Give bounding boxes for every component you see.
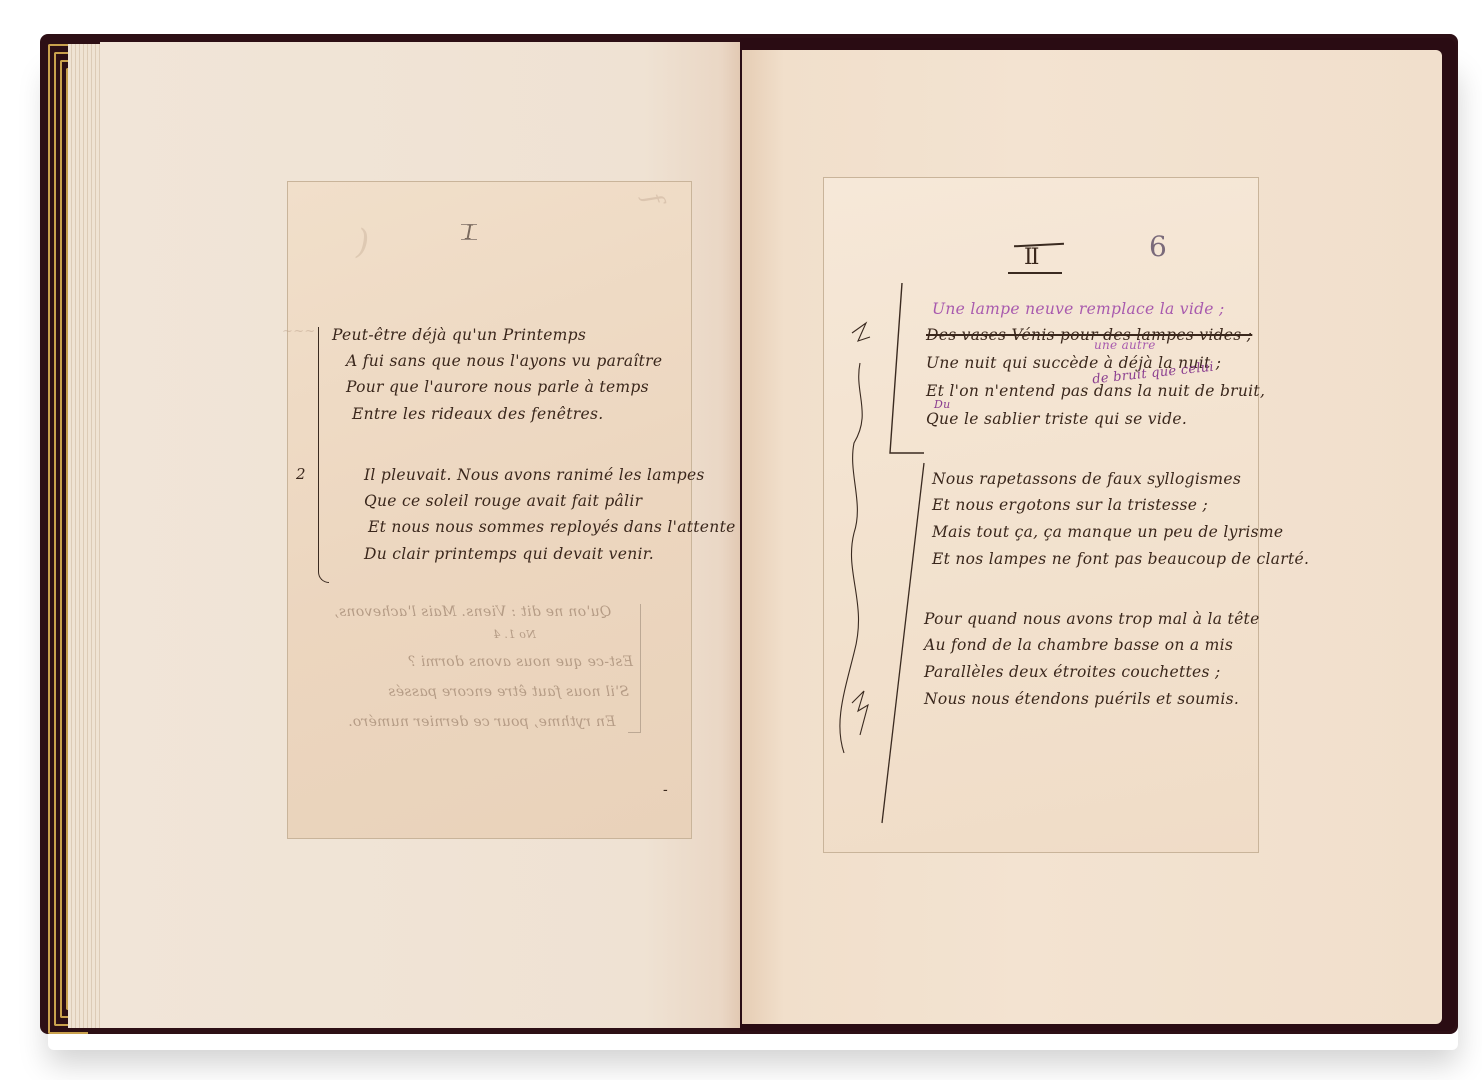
verse-line: Mais tout ça, ça manque un peu de lyrism… <box>932 523 1283 541</box>
verse-line: Du clair printemps qui devait venir. <box>364 545 654 563</box>
mirrored-line: Est-ce que nous avons dormi ? <box>408 654 633 670</box>
verse-line: Et nos lampes ne font pas beaucoup de cl… <box>932 550 1309 568</box>
verse-line: Pour quand nous avons trop mal à la tête <box>924 610 1260 628</box>
faint-pencil-mark: f <box>637 189 669 209</box>
verse-line: Entre les rideaux des fenêtres. <box>352 405 603 423</box>
mirrored-bracket <box>628 604 641 733</box>
verse-line: Une lampe neuve remplace la vide ; <box>932 300 1225 318</box>
verse-line: Et nous nous sommes reployés dans l'atte… <box>368 518 736 536</box>
verse-line: Nous rapetassons de faux syllogismes <box>932 470 1241 488</box>
verse-line: Au fond de la chambre basse on a mis <box>924 636 1233 654</box>
mirrored-line: Qu'on ne dit : Viens. Mais l'achevons, <box>334 604 611 620</box>
verse-line: Parallèles deux étroites couchettes ; <box>924 663 1221 681</box>
verse-line: Nous nous étendons puérils et soumis. <box>924 690 1239 708</box>
ink-dot: - <box>663 782 668 798</box>
manuscript-leaf-right: II 6 Une lampe neuve remplace la vide ; … <box>823 177 1259 853</box>
numeral-overline <box>1014 243 1064 248</box>
verse-line: Il pleuvait. Nous avons ranimé les lampe… <box>364 466 705 484</box>
mirrored-line: S'il nous faut être encore passés <box>388 684 629 700</box>
section-numeral: II <box>1024 245 1037 270</box>
verse-line: Et nous ergotons sur la tristesse ; <box>932 496 1208 514</box>
page-number: 6 <box>1149 230 1167 263</box>
verse-line: Que ce soleil rouge avait fait pâlir <box>364 492 642 510</box>
manuscript-leaf-left: f ) I ~~~ 2 Peut-être déjà qu'un Printem… <box>287 181 692 839</box>
page-stack-edge <box>68 44 100 1028</box>
mirrored-note: No 1. 4 <box>493 628 536 641</box>
verse-line-struck: Des vases Vénis pour des lampes vides ; <box>926 326 1252 344</box>
verse-line: Que le sablier triste qui se vide. <box>926 410 1187 428</box>
interlinear-correction: Du <box>934 398 951 411</box>
section-numeral: I <box>461 224 477 240</box>
faint-pencil-curve: ) <box>356 222 370 262</box>
numeral-underline <box>1008 272 1062 274</box>
verse-line: A fui sans que nous l'ayons vu paraître <box>346 352 662 370</box>
verse-line: Pour que l'aurore nous parle à temps <box>346 378 649 396</box>
margin-bracket <box>318 327 329 583</box>
show-through-text: ~~~ <box>282 324 316 339</box>
interlinear-correction: une autre <box>1094 338 1156 352</box>
margin-number: 2 <box>296 465 306 483</box>
mirrored-line: En rythme, pour ce dernier numéro. <box>348 714 616 730</box>
verse-line: Peut-être déjà qu'un Printemps <box>332 326 586 344</box>
